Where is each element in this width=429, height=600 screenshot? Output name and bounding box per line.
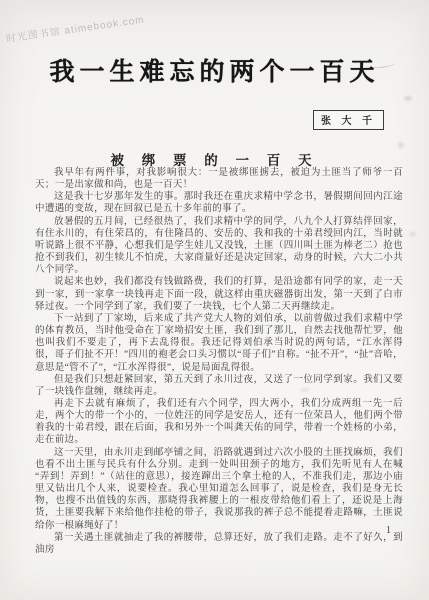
article-title: 我一生难忘的两个一百天	[0, 52, 429, 88]
scan-artifact-speck	[409, 232, 416, 236]
paragraph: 第一关遇土匪就抽走了我的裤腰带，总算还好，放了我们走路。走不了好久，到油房	[35, 532, 403, 556]
scan-artifact-speck	[404, 96, 412, 101]
scanned-document-page: 时光图书馆 atimebook.com 我一生难忘的两个一百天 张 大 千 被 …	[0, 0, 429, 600]
paragraph: 但是我们只想赶紧回家，第五天到了永川过夜，又送了一位同学到家。我们又要了一块钱作…	[35, 374, 403, 398]
paragraph: 放暑假的五月间，已经很热了，我们求精中学的同学，八九个人打算结伴回家，有住永川的…	[35, 216, 403, 277]
paragraph: 说起来也妙，我们都没有钱做路费，我们的打算，是沿途都有同学的家，走一天到一家，到…	[35, 276, 403, 312]
section-heading: 被 绑 票 的 一 百 天	[0, 149, 429, 169]
paragraph: 再走下去就有麻烦了，我们还有六个同学，四大两小，我们分成两组一先一后走，两个大的…	[35, 398, 403, 447]
library-watermark: 时光图书馆 atimebook.com	[5, 11, 145, 45]
paragraph: 我早年有两件事，对我影响很大：一是被绑匪掳去，被迫为土匪当了师爷一百天；一是出家…	[35, 167, 403, 191]
scan-artifact-speck	[398, 142, 404, 148]
author-name-box: 张 大 千	[313, 110, 384, 130]
article-body: 我早年有两件事，对我影响很大：一是被绑匪掳去，被迫为土匪当了师爷一百天；一是出家…	[35, 167, 403, 556]
paragraph: 这一天里，由永川走到邮亭铺之间，沿路就遇到过六次小股的土匪找麻烦，我们也看不出土…	[35, 447, 403, 532]
paragraph: 这是我十七岁那年发生的事。那时我还在重庆求精中学念书，暑假期间回内江途中遭遇的变…	[35, 191, 403, 215]
paragraph: 下一站到了丁家坳，后来成了共产党大人物的刘伯承，以前曾做过我们求精中学的体育教员…	[35, 313, 403, 374]
page-number: 1	[386, 525, 391, 536]
